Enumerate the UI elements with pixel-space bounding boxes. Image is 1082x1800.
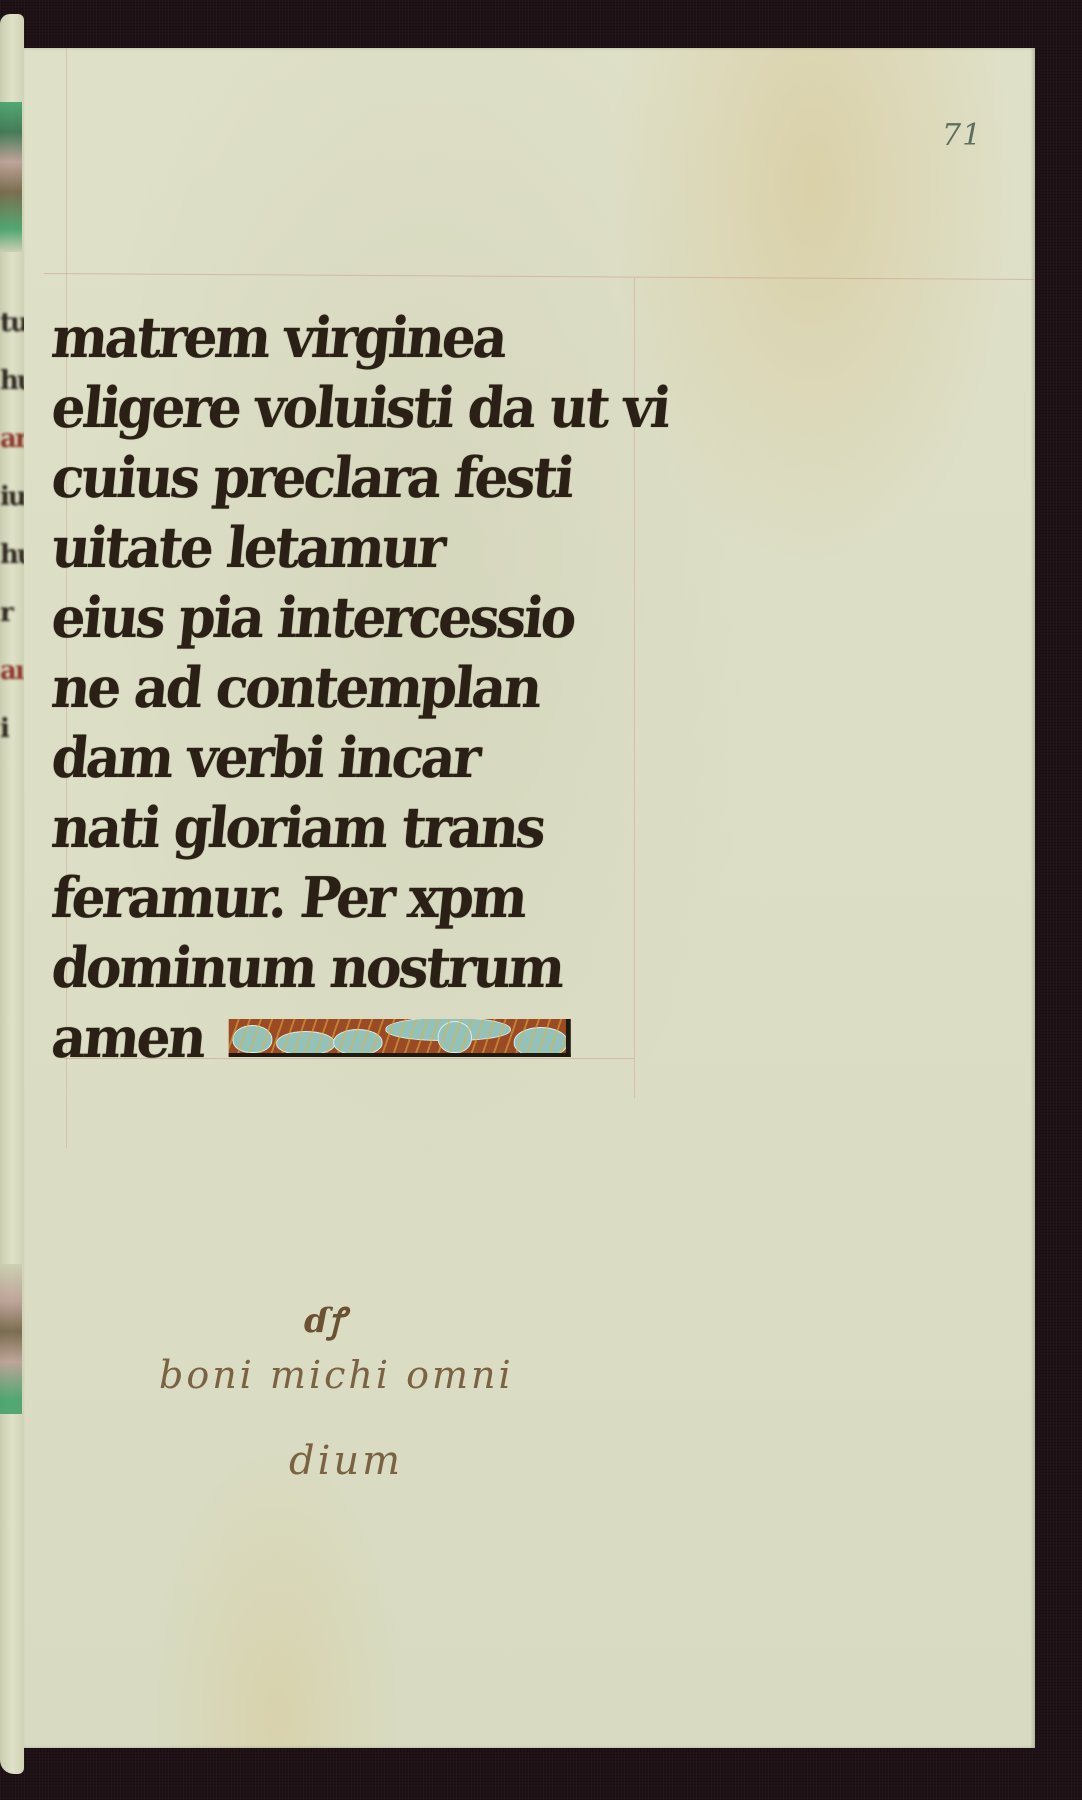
text-line: dam verbi incar (49, 723, 683, 793)
previous-leaf-edge: tua hu ar iu hu r aı i (0, 14, 24, 1774)
text-line: uitate letamur (49, 513, 683, 583)
text-line: feramur. Per xpm (49, 863, 683, 933)
text-line: cuius preclara festi (49, 443, 683, 513)
text-line: amen (49, 1003, 208, 1073)
border-ornament-top (0, 102, 22, 252)
text-line: matrem virginea (49, 303, 683, 373)
main-text-block: matrem virginea eligere voluisti da ut v… (52, 303, 712, 1073)
text-line: eligere voluisti da ut vi (49, 373, 683, 443)
text-line: dominum nostrum (49, 933, 683, 1003)
illuminated-line-filler (229, 1019, 571, 1057)
text-line: nati gloriam trans (49, 793, 683, 863)
gold-flecks (229, 1019, 566, 1053)
text-line-final: amen (49, 1003, 683, 1073)
text-line: eius pia intercessio (49, 583, 683, 653)
text-line: ne ad contemplan (49, 653, 683, 723)
folio-number: 71 (942, 118, 982, 153)
ruling-line (44, 273, 1034, 280)
border-ornament-bottom (0, 1264, 22, 1414)
marginal-note-line: boni michi omni (159, 1353, 514, 1397)
marginal-note-line: dium (289, 1438, 403, 1484)
marginal-mark: ɗꝭ (304, 1296, 345, 1342)
manuscript-page: 71 matrem virginea eligere voluisti da u… (24, 48, 1035, 1748)
previous-leaf-text: tua hu ar iu hu r aı i (0, 294, 24, 758)
